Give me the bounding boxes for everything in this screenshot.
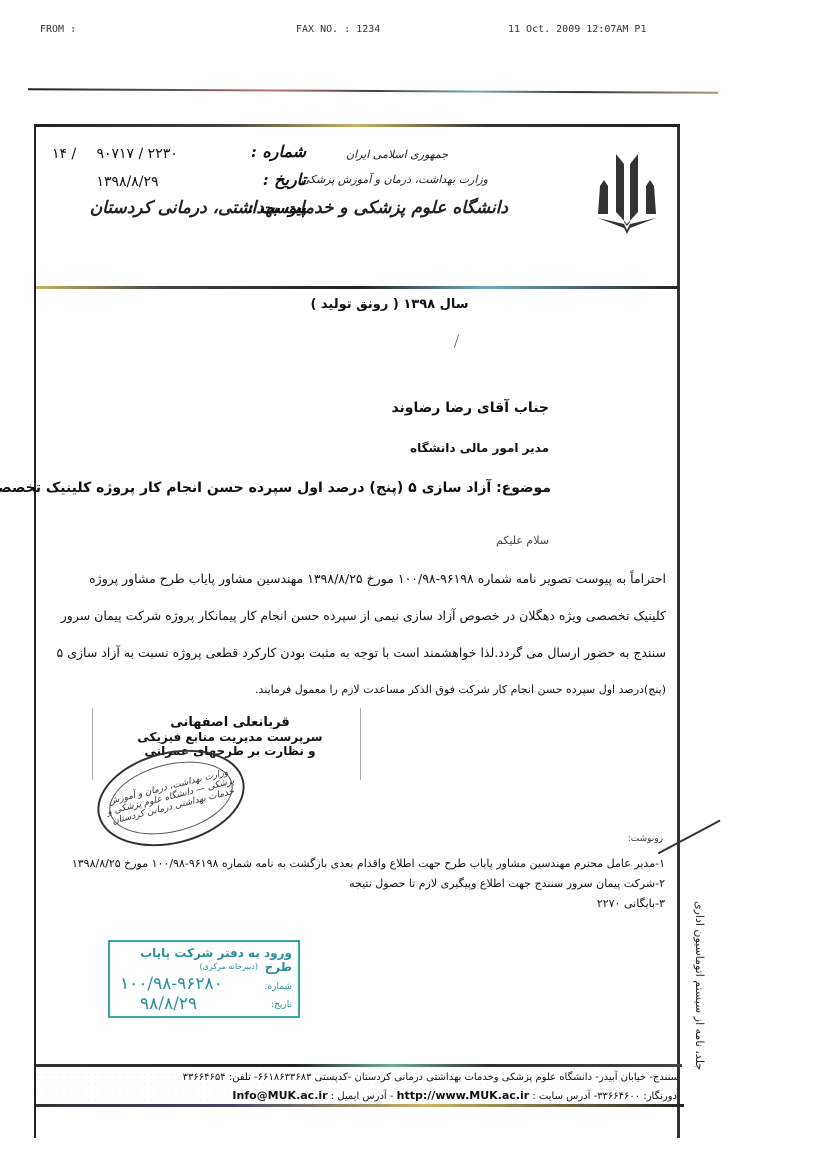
university-emblem-icon [594,150,660,234]
scan-rule [28,88,718,94]
side-note: جلد، نامه از سیستم اتوماسیون اداری [682,830,706,1070]
body-line: کلینیک تخصصی ویژه دهگلان در خصوص آزاد سا… [200,597,666,634]
body-line: سنندج به حضور ارسال می گردد.لذا خواهشمند… [200,634,666,671]
footer-website-link[interactable]: http://www.MUK.ac.ir [397,1089,530,1102]
footer-fax: دورنگار: ۳۳۶۶۴۶۰۰- آدرس سایت : [532,1091,677,1102]
recipient-role: مدیر امور مالی دانشگاه [410,441,549,455]
received-number: ۱۰۰/۹۸-۹۶۲۸۰ [120,974,223,994]
footer-email-link[interactable]: Info@MUK.ac.ir [232,1089,327,1102]
cc-item: ۲-شرکت پیمان سرور سنندج جهت اطلاع وپیگیر… [72,874,665,894]
cc-list: ۱-مدیر عامل محترم مهندسین مشاور پایاب طر… [72,854,665,914]
received-date-label: تاریخ: [271,1000,292,1010]
date-label: تاریخ : [206,170,306,198]
fax-from: FROM : [40,24,76,35]
cc-item: ۱-مدیر عامل محترم مهندسین مشاور پایاب طر… [72,854,665,874]
letter-meta-values: ۱۴ / ۹۰۷۱۷ / ۲۲۳۰ ۱۳۹۸/۸/۲۹ [52,146,178,202]
footer-contact: دورنگار: ۳۳۶۶۴۶۰۰- آدرس سایت : http://ww… [232,1089,677,1102]
footer-address: سنندج- خیابان آبیدر- دانشگاه علوم پزشکی … [183,1072,679,1083]
letter-number-row: ۱۴ / ۹۰۷۱۷ / ۲۲۳۰ [52,146,178,174]
attachment-label: پیوست : [206,198,306,226]
body-line: (پنج)درصد اول سپرده حسن انجام کار شرکت ف… [200,671,666,708]
received-stamp: ورود به دفتر شرکت پایاب طرح (دبیرخانه مر… [108,940,300,1018]
footer-divider-bottom [36,1104,684,1107]
letterhead: جمهوری اسلامی ایران وزارت بهداشت، درمان … [36,128,678,286]
body-line: احتراماً به پیوست تصویر نامه شماره ۹۶۱۹۸… [200,560,666,597]
received-stamp-subtitle: (دبیرخانه مرکزی) [200,962,258,971]
letterhead-divider [36,286,678,289]
fax-datetime: 11 Oct. 2009 12:07AM P1 [508,24,646,35]
letter-meta-labels: شماره : تاریخ : پیوست : [206,142,306,226]
signatory-title: سرپرست مدیریت منابع فیزیکی [130,730,330,744]
year-slogan: سال ۱۳۹۸ ( رونق تولید ) [0,297,819,312]
greeting: سلام علیکم [496,534,549,547]
received-date: ۹۸/۸/۲۹ [140,994,197,1014]
fax-header: FROM : FAX NO. : 1234 11 Oct. 2009 12:07… [0,24,819,40]
number-label: شماره : [206,142,306,170]
received-number-label: شماره: [264,982,292,992]
number-prefix: ۱۴ / [52,146,92,162]
recipient-name: جناب آقای رضا رضاوند [391,400,549,416]
signature-box-right [360,708,361,780]
letter-number: ۹۰۷۱۷ / ۲۲۳۰ [96,146,177,162]
footer-email-label: - آدرس ایمیل : [331,1091,394,1102]
letter-body: احتراماً به پیوست تصویر نامه شماره ۹۶۱۹۸… [200,560,666,708]
fax-number: FAX NO. : 1234 [296,24,380,35]
cc-label: رونوشت: [628,834,663,844]
letter-subject: موضوع: آزاد سازی ۵ (پنج) درصد اول سپرده … [0,480,551,496]
signature-box-left [92,708,93,780]
letter-date-row: ۱۳۹۸/۸/۲۹ [52,174,178,202]
signature-block: قربانعلی اصفهانی سرپرست مدیریت منابع فیز… [130,715,330,758]
frame-top-border [34,124,680,127]
cc-item: ۳-بایگانی ۲۲۷۰ [72,894,665,914]
signatory-name: قربانعلی اصفهانی [130,715,330,730]
letter-date: ۱۳۹۸/۸/۲۹ [96,174,158,190]
